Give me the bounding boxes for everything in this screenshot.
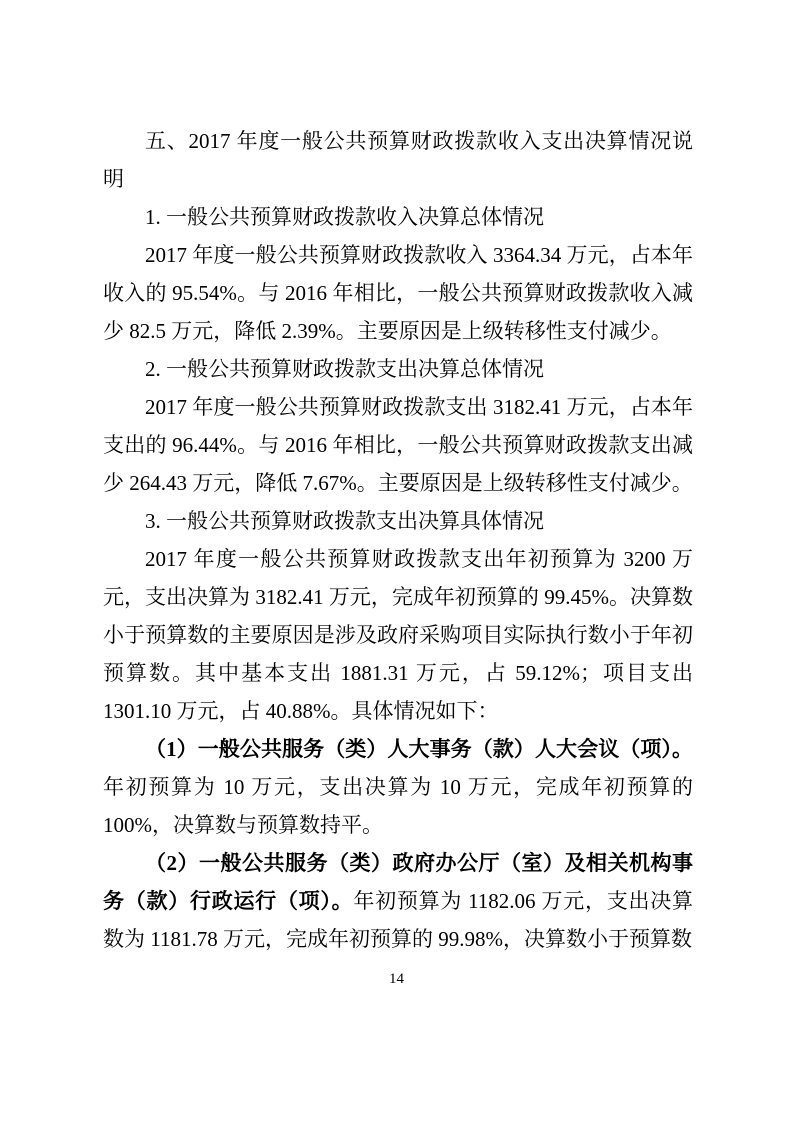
document-content: 五、2017 年度一般公共预算财政拨款收入支出决算情况说明 1. 一般公共预算财… [103,122,693,958]
budget-item-1-lead: （1）一般公共服务（类）人大事务（款）人大会议（项）。 [145,737,693,761]
section-3-title: 3. 一般公共预算财政拨款支出决算具体情况 [103,502,693,540]
section-3-paragraph: 2017 年度一般公共预算财政拨款支出年初预算为 3200 万元，支出决算为 3… [103,540,693,730]
section-2-title: 2. 一般公共预算财政拨款支出决算总体情况 [103,350,693,388]
section-2-paragraph: 2017 年度一般公共预算财政拨款支出 3182.41 万元，占本年支出的 96… [103,388,693,502]
page-number: 14 [0,971,793,988]
main-heading: 五、2017 年度一般公共预算财政拨款收入支出决算情况说明 [103,122,693,198]
section-1-paragraph: 2017 年度一般公共预算财政拨款收入 3364.34 万元，占本年收入的 95… [103,236,693,350]
document-page: 五、2017 年度一般公共预算财政拨款收入支出决算情况说明 1. 一般公共预算财… [0,0,793,1122]
budget-item-1-body: 年初预算为 10 万元，支出决算为 10 万元，完成年初预算的 100%，决算数… [103,775,693,837]
budget-item-1: （1）一般公共服务（类）人大事务（款）人大会议（项）。年初预算为 10 万元，支… [103,730,693,844]
section-1-title: 1. 一般公共预算财政拨款收入决算总体情况 [103,198,693,236]
budget-item-2: （2）一般公共服务（类）政府办公厅（室）及相关机构事务（款）行政运行（项）。年初… [103,844,693,958]
